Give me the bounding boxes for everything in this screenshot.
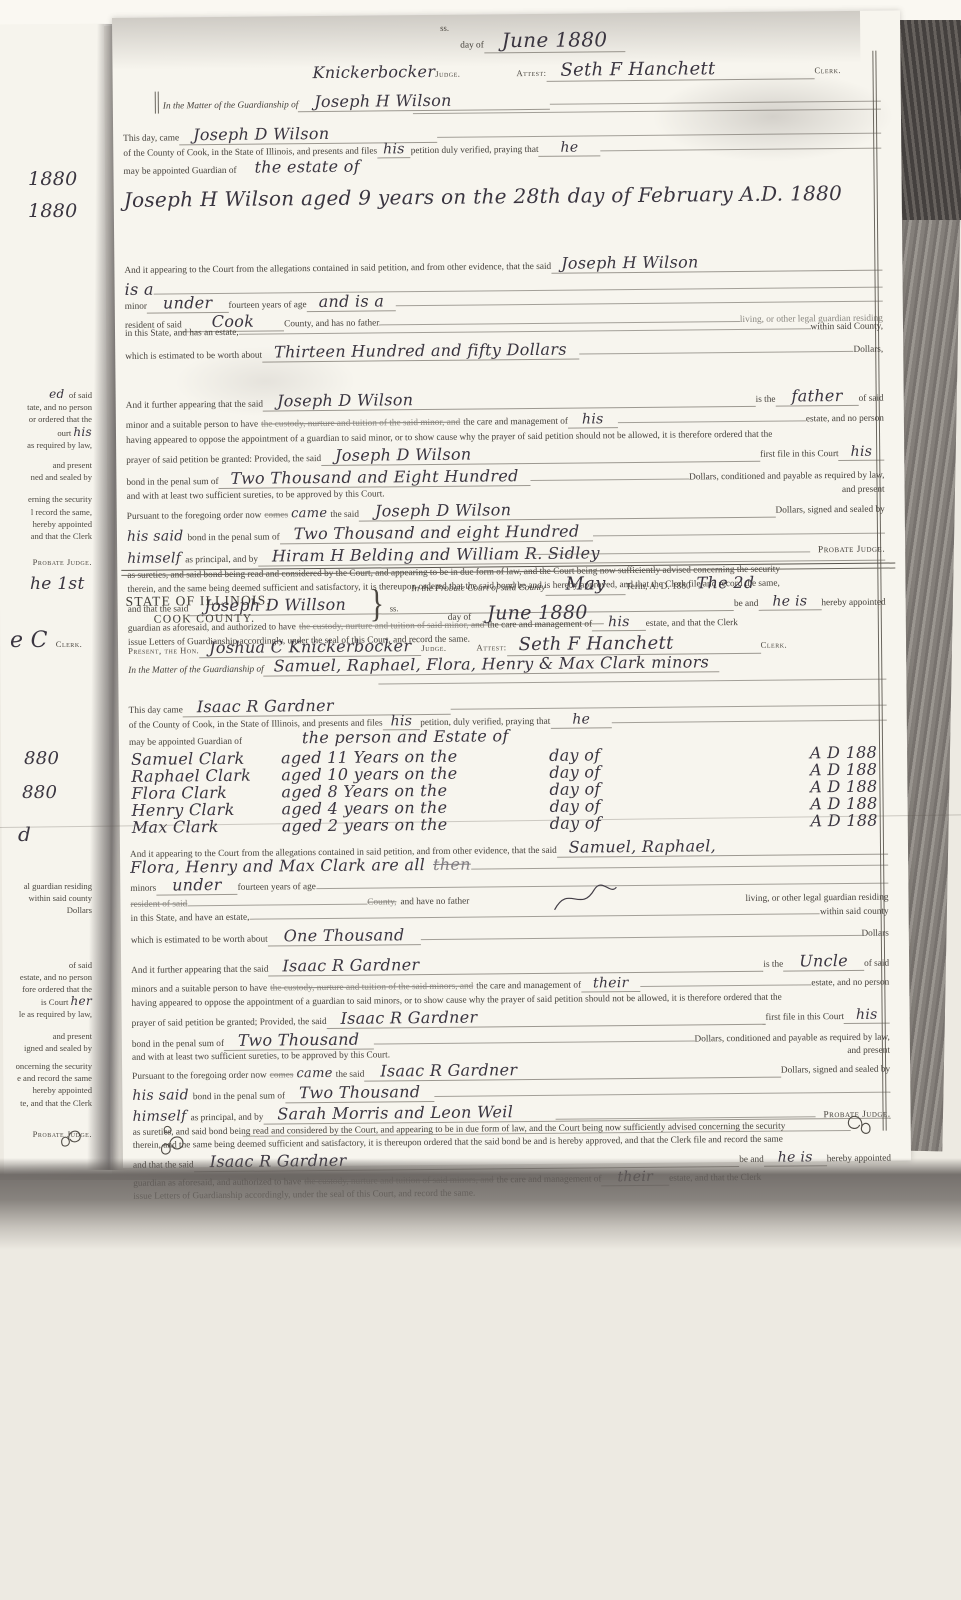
- his-handwriting: his: [839, 444, 885, 461]
- minor-age-handwriting: aged 2 years on the: [282, 814, 550, 836]
- relation-handwriting: Uncle: [783, 951, 864, 972]
- fragment-line: ned and sealed by: [0, 471, 92, 483]
- their-handwriting: their: [581, 975, 641, 993]
- margin-fragment-block-1: ed of said tate, and no person or ordere…: [0, 388, 96, 542]
- fragment-line: hereby appointed: [0, 1084, 92, 1096]
- fragment-line: and present: [0, 459, 92, 471]
- fragment-line: and that the Clerk: [0, 530, 92, 542]
- under-handwriting: under: [147, 293, 229, 314]
- margin-letter-hw: d: [18, 822, 31, 846]
- struck-text: comes: [264, 511, 288, 521]
- person-estate-handwriting: the person and Estate of: [302, 726, 509, 747]
- minor-name-handwriting: Max Clark: [132, 816, 282, 836]
- fragment-line: is Court her: [0, 995, 92, 1008]
- estate-of-handwriting: the estate of: [254, 157, 360, 177]
- fragment-line: hereby appointed: [0, 518, 92, 530]
- date-handwriting: June 1880: [471, 601, 604, 625]
- caption-bracket: [155, 92, 159, 114]
- estate-value-handwriting: One Thousand: [268, 925, 421, 946]
- blank-rule: [550, 101, 881, 105]
- form1-date-line: day of June 1880: [460, 26, 740, 54]
- blank-ruled-line: [378, 679, 886, 685]
- guardian-name-handwriting: Joseph D Wilson: [321, 442, 760, 466]
- blank-rule: [600, 148, 881, 152]
- guardian-name-handwriting: Joseph D Wilson: [359, 498, 776, 522]
- blank-rule: [618, 420, 806, 423]
- came-handwriting: came: [296, 1066, 332, 1081]
- signature-rule: [530, 551, 810, 555]
- margin-judge-label: Probate Judge.: [0, 556, 96, 568]
- margin-signature-hw: he 1st: [30, 574, 85, 594]
- wards-names-handwriting: Samuel, Raphael, Flora, Henry & Max Clar…: [264, 652, 720, 676]
- fragment-line: and present: [0, 1030, 92, 1042]
- bond-sum-handwriting: Two Thousand and eight Hundred: [280, 522, 594, 545]
- probate-record-page: ss. day of June 1880 Knickerbocker Judge…: [112, 10, 911, 1168]
- estate-value-handwriting: Thirteen Hundred and fifty Dollars: [262, 340, 579, 363]
- scan-bottom-band: [0, 1158, 961, 1250]
- clerk-signature: Seth F Hanchett: [546, 57, 814, 82]
- struck-text: comes: [270, 1070, 294, 1080]
- his-handwriting: his: [568, 411, 618, 428]
- blank-rule: [378, 679, 886, 685]
- relation-handwriting: father: [775, 386, 858, 407]
- blank-rule: [420, 935, 861, 940]
- form2-worth-line: which is estimated to be worth about One…: [131, 921, 889, 948]
- came-handwriting: came: [291, 506, 327, 521]
- and-is-a-handwriting: and is a: [307, 291, 397, 312]
- blank-rule: [579, 351, 854, 355]
- struck-text: the custody, nurture and tuition of the …: [261, 418, 460, 430]
- bond-sum-handwriting: Two Thousand and Eight Hundred: [219, 466, 531, 489]
- blank-rule: [641, 984, 812, 987]
- form1-worth-line: which is estimated to be worth about Thi…: [125, 337, 883, 364]
- fragment-line: Dollars: [0, 904, 92, 916]
- date-handwriting: June 1880: [484, 27, 626, 53]
- caption-brace: }: [369, 582, 384, 626]
- margin-fragment-block-2: al guardian residing within said county …: [0, 880, 96, 1109]
- fragment-line: te, and that the Clerk: [0, 1097, 92, 1109]
- fragment-line: of said: [0, 959, 92, 971]
- state-heading: STATE OF ILLINOIS,: [126, 593, 272, 610]
- struck-text: the custody, nurture and tuition of the …: [270, 982, 473, 994]
- margin-clerk-line: e C Clerk.: [10, 628, 82, 653]
- fragment-line: ourt his: [0, 426, 92, 439]
- ss-label: ss.: [440, 23, 449, 33]
- document-scan: 1880 1880 ed of said tate, and no person…: [0, 0, 961, 1600]
- guardian-name-handwriting: Isaac R Gardner: [326, 1005, 765, 1029]
- county-heading: COOK COUNTY.: [154, 613, 256, 626]
- guardian-name-handwriting: Isaac R Gardner: [364, 1058, 781, 1082]
- blank-rule: [249, 913, 820, 919]
- ss-label: ss.: [390, 603, 399, 613]
- corner-ornament-icon: [844, 1101, 874, 1144]
- signature-rule: [555, 1116, 815, 1119]
- guardian-name-handwriting: Isaac R Gardner: [268, 952, 763, 977]
- his-handwriting: his: [844, 1007, 890, 1024]
- blank-rule: [187, 904, 367, 907]
- ward-name-handwriting: Joseph H Wilson: [298, 90, 550, 112]
- fragment-line: erning the security: [0, 493, 92, 505]
- margin-year-hw: 880: [22, 782, 57, 803]
- form1-minor-line: Joseph H Wilson aged 9 years on the 28th…: [124, 181, 882, 212]
- form2-date-line: day of June 1880: [448, 600, 708, 625]
- blank-rule: [434, 1092, 890, 1097]
- bond-sum-handwriting: Two Thousand: [285, 1082, 435, 1103]
- bond-sum-handwriting: Two Thousand: [224, 1030, 374, 1051]
- his-said-handwriting: his said: [127, 529, 184, 546]
- under-handwriting: under: [156, 875, 238, 896]
- ad-year-handwriting: A D 188: [760, 811, 878, 831]
- spacer: [127, 555, 530, 559]
- ward-name-handwriting: Joseph H Wilson: [551, 251, 882, 274]
- margin-year-hw: 1880: [28, 200, 78, 222]
- spacer: [385, 492, 842, 496]
- day-of-handwriting: day of: [550, 812, 760, 833]
- fragment-line: ed of said: [0, 388, 92, 401]
- blank-rule: [531, 479, 689, 482]
- spacer: [133, 1120, 556, 1124]
- fragment-line: le as required by law,: [0, 1008, 92, 1020]
- judge-signature: Knickerbocker: [312, 62, 435, 82]
- term-handwriting: May: [545, 573, 625, 596]
- his-said-handwriting: his said: [132, 1087, 189, 1104]
- fragment-line: al guardian residing: [0, 880, 92, 892]
- struck-text: County,: [367, 897, 396, 907]
- struck-handwriting: then: [433, 855, 471, 874]
- blank-rule: [239, 328, 811, 334]
- fragment-line: igned and sealed by: [0, 1042, 92, 1054]
- minor-description-handwriting: Joseph H Wilson aged 9 years on the 28th…: [124, 181, 843, 212]
- fragment-line: oncerning the security: [0, 1060, 92, 1072]
- form2-court-term-line: In the Probate Court of said County May …: [411, 571, 885, 598]
- blank-rule: [593, 533, 885, 537]
- fragment-line: e and record the same: [0, 1072, 92, 1084]
- margin-year-hw: 880: [24, 748, 59, 769]
- fragment-line: estate, and no person: [0, 971, 92, 983]
- margin-year-hw: 1880: [28, 168, 78, 190]
- fragment-line: l record the same,: [0, 506, 92, 518]
- fragment-line: within said county: [0, 892, 92, 904]
- he-is-handwriting: he is: [758, 593, 821, 611]
- fragment-line: tate, and no person: [0, 401, 92, 413]
- blank-rule: [373, 1040, 694, 1044]
- fragment-line: as required by law,: [0, 439, 92, 451]
- guardian-name-handwriting: Joseph D Wilson: [263, 387, 756, 412]
- term-day-handwriting: The 2d: [696, 573, 754, 593]
- struck-text: resident of said: [130, 899, 187, 910]
- scan-edge-dark-corner: [896, 20, 961, 220]
